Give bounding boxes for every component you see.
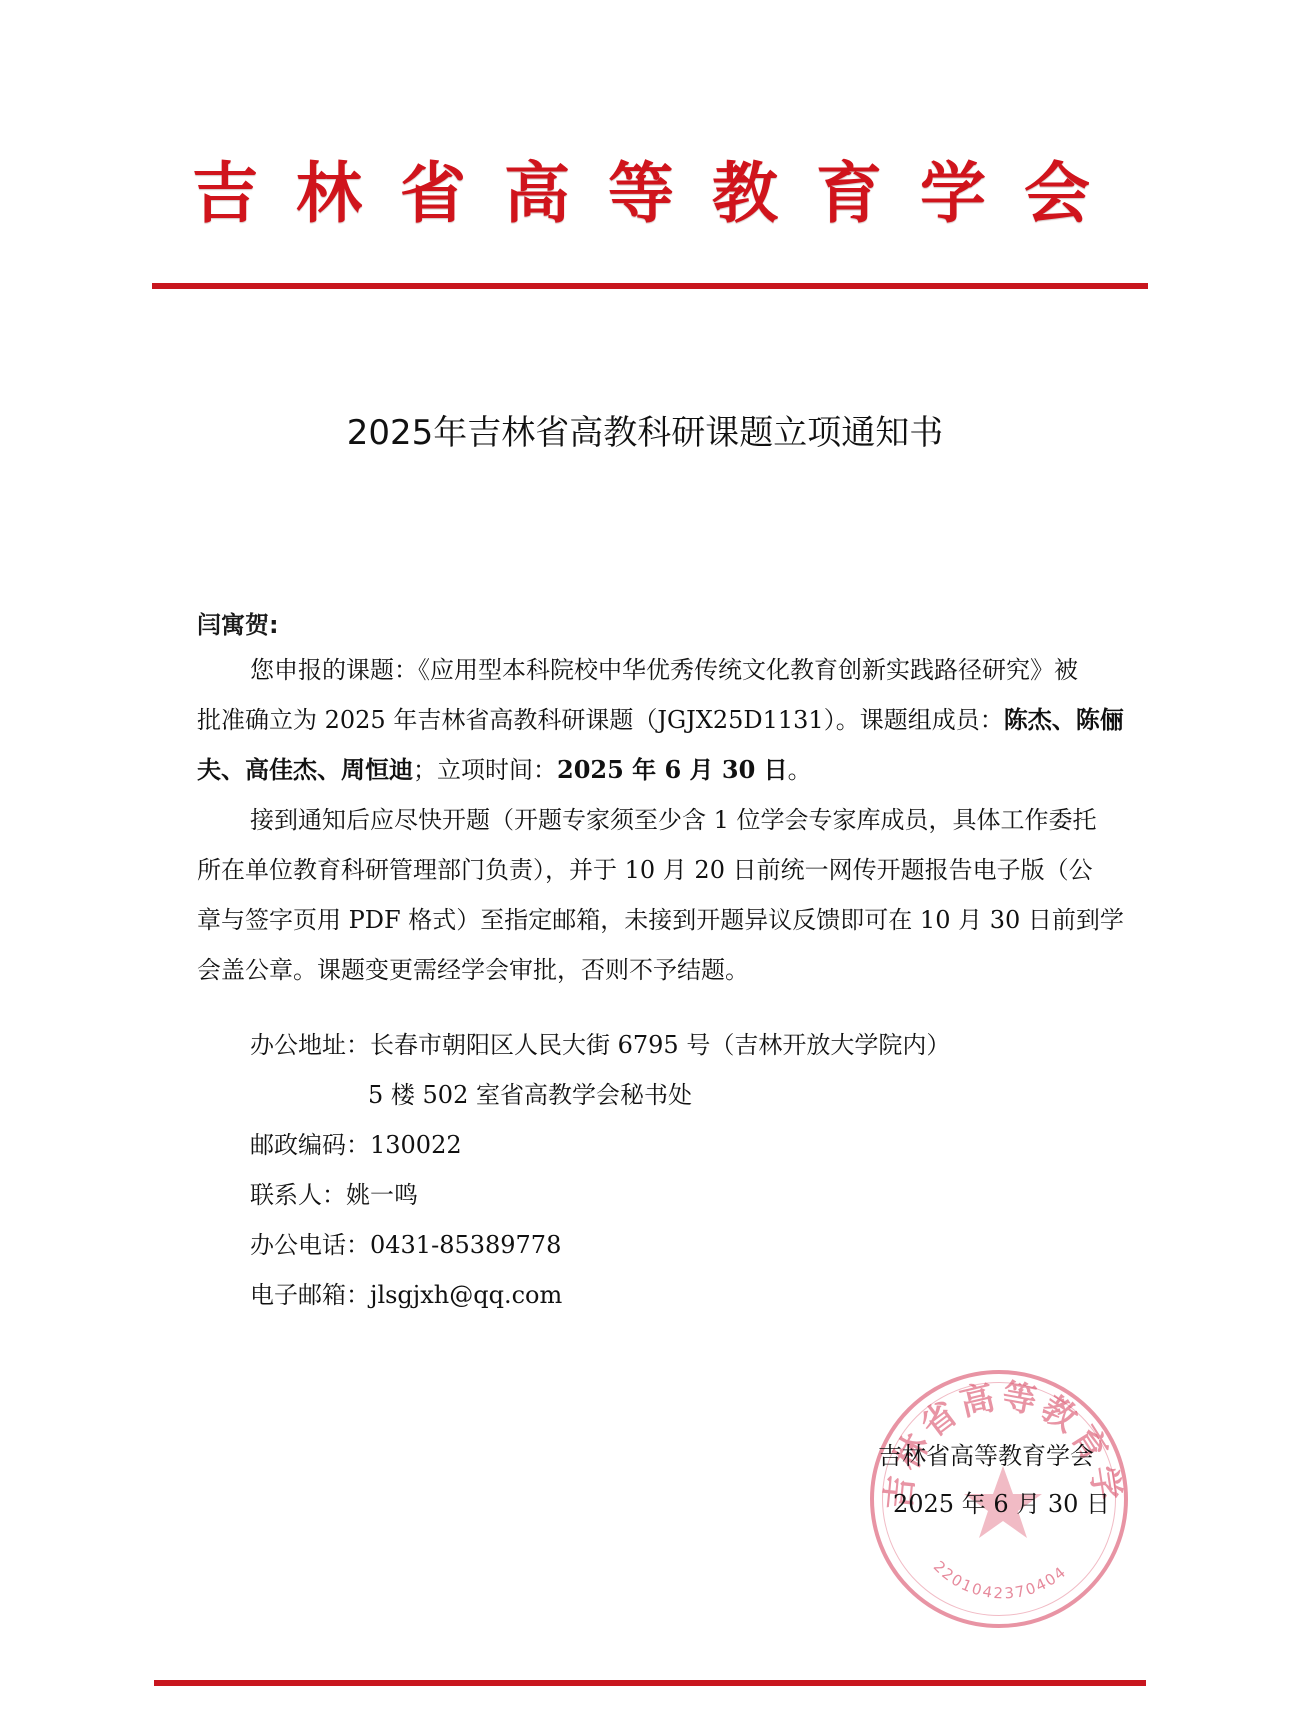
footer-red-rule — [154, 1680, 1146, 1686]
instructions-line-4: 会盖公章。课题变更需经学会审批，否则不予结题。 — [197, 945, 1097, 995]
approval-date-label: ；立项时间： — [413, 756, 557, 784]
approval-line-1: 您申报的课题：《应用型本科院校中华优秀传统文化教育创新实践路径研究》被 — [197, 645, 1097, 695]
contact-address: 办公地址：长春市朝阳区人民大街 6795 号（吉林开放大学院内） — [250, 1020, 950, 1070]
letterhead-red-rule — [152, 283, 1148, 289]
document-title: 2025年吉林省高教科研课题立项通知书 — [0, 405, 1290, 454]
person-value: 姚一鸣 — [346, 1181, 418, 1209]
contact-info: 办公地址：长春市朝阳区人民大街 6795 号（吉林开放大学院内） 5 楼 502… — [250, 1020, 950, 1320]
approval-line-end: 。 — [788, 756, 812, 784]
address-line-1: 长春市朝阳区人民大街 6795 号（吉林开放大学院内） — [370, 1031, 950, 1059]
phone-label: 办公电话： — [250, 1231, 370, 1259]
contact-email: 电子邮箱：jlsgjxh@qq.com — [250, 1270, 950, 1320]
signature-date: 2025 年 6 月 30 日 — [893, 1484, 1110, 1519]
postcode-value: 130022 — [370, 1131, 462, 1159]
contact-phone: 办公电话：0431-85389778 — [250, 1220, 950, 1270]
paragraph-approval: 您申报的课题：《应用型本科院校中华优秀传统文化教育创新实践路径研究》被 批准确立… — [197, 645, 1097, 795]
postcode-label: 邮政编码： — [250, 1131, 370, 1159]
seal-number: 2201042370404 — [930, 1557, 1071, 1602]
person-label: 联系人： — [250, 1181, 346, 1209]
team-members-part2: 夫、高佳杰、周恒迪 — [197, 755, 413, 784]
contact-person: 联系人：姚一鸣 — [250, 1170, 950, 1220]
approval-line-2-text: 批准确立为 2025 年吉林省高教科研课题（JGJX25D1131）。课题组成员… — [197, 706, 1004, 734]
approval-line-3: 夫、高佳杰、周恒迪；立项时间：2025 年 6 月 30 日。 — [197, 745, 1097, 795]
letterhead-org-name: 吉林省高等教育学会 — [0, 140, 1290, 235]
paragraph-instructions: 接到通知后应尽快开题（开题专家须至少含 1 位学会专家库成员，具体工作委托 所在… — [197, 795, 1097, 995]
email-label: 电子邮箱： — [250, 1281, 370, 1309]
instructions-line-2: 所在单位教育科研管理部门负责），并于 10 月 20 日前统一网传开题报告电子版… — [197, 845, 1097, 895]
contact-postcode: 邮政编码：130022 — [250, 1120, 950, 1170]
svg-text:2201042370404: 2201042370404 — [930, 1557, 1071, 1602]
salutation: 闫寓贺: — [197, 605, 279, 640]
approval-date: 2025 年 6 月 30 日 — [557, 755, 788, 784]
address-label: 办公地址： — [250, 1031, 370, 1059]
instructions-line-1: 接到通知后应尽快开题（开题专家须至少含 1 位学会专家库成员，具体工作委托 — [197, 795, 1097, 845]
team-members-part1: 陈杰、陈俪 — [1004, 705, 1124, 734]
instructions-line-3: 章与签字页用 PDF 格式）至指定邮箱，未接到开题异议反馈即可在 10 月 30… — [197, 895, 1097, 945]
approval-line-2: 批准确立为 2025 年吉林省高教科研课题（JGJX25D1131）。课题组成员… — [197, 695, 1097, 745]
phone-value: 0431-85389778 — [370, 1231, 561, 1259]
email-value: jlsgjxh@qq.com — [370, 1281, 562, 1309]
address-line-2: 5 楼 502 室省高教学会秘书处 — [250, 1070, 950, 1120]
signature-org: 吉林省高等教育学会 — [878, 1436, 1094, 1471]
